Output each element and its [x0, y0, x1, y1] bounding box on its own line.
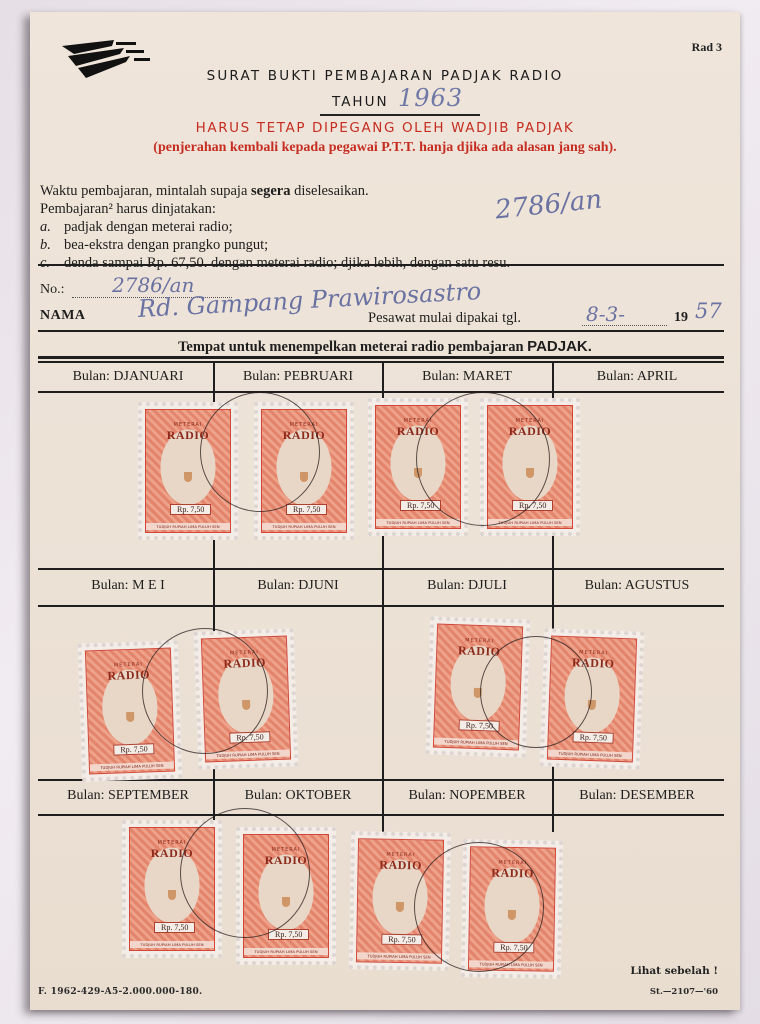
number-label: No.: [40, 282, 65, 298]
radio-tax-stamp: METERAIRADIORp. 7,50TUDJUH RUPIAH LIMA P… [349, 831, 451, 971]
grid-rule [38, 391, 724, 393]
document-title: SURAT BUKTI PEMBAJARAN PADJAK RADIO [30, 68, 740, 84]
garuda-emblem-icon [300, 472, 308, 482]
grid-rule [38, 361, 724, 363]
garuda-emblem-icon [508, 910, 516, 920]
payment-instructions: Waktu pembajaran, mintalah supaja segera… [40, 182, 510, 272]
radio-tax-stamp: METERAIRADIORp. 7,50TUDJUH RUPIAH LIMA P… [540, 628, 645, 769]
radio-tax-stamp: METERAIRADIORp. 7,50TUDJUH RUPIAH LIMA P… [122, 820, 222, 958]
grid-rule [38, 605, 724, 607]
radio-tax-stamp: METERAIRADIORp. 7,50TUDJUH RUPIAH LIMA P… [78, 640, 183, 781]
divider [38, 264, 724, 266]
year-field: TAHUN 1963 [320, 90, 480, 116]
garuda-emblem-icon [414, 468, 422, 478]
grid-rule [38, 356, 724, 359]
print-code: F. 1962-429-A5-2.000.000-180. [38, 987, 203, 997]
tax-receipt-document: Rad 3 SURAT BUKTI PEMBAJARAN PADJAK RADI… [30, 12, 740, 1010]
month-cell-juli: Bulan: DJULI [382, 578, 552, 594]
garuda-emblem-icon [242, 700, 250, 710]
garuda-emblem-icon [282, 897, 290, 907]
month-cell-mei: Bulan: M E I [43, 578, 213, 594]
device-date-label: Pesawat mulai dipakai tgl. [368, 310, 521, 327]
form-code: Rad 3 [692, 40, 722, 55]
year-label: TAHUN [332, 94, 389, 110]
instruction-line-1: Waktu pembajaran, mintalah supaja segera… [40, 182, 510, 200]
month-cell-oktober: Bulan: OKTOBER [213, 788, 383, 804]
radio-tax-stamp: METERAIRADIORp. 7,50TUDJUH RUPIAH LIMA P… [480, 398, 580, 536]
radio-tax-stamp: METERAIRADIORp. 7,50TUDJUH RUPIAH LIMA P… [194, 628, 299, 769]
see-back-note: Lihat sebelah ! [630, 965, 718, 977]
garuda-emblem-icon [184, 472, 192, 482]
month-cell-nopember: Bulan: NOPEMBER [382, 788, 552, 804]
month-cell-september: Bulan: SEPTEMBER [43, 788, 213, 804]
month-cell-januari: Bulan: DJANUARI [43, 369, 213, 385]
radio-tax-stamp: METERAIRADIORp. 7,50TUDJUH RUPIAH LIMA P… [254, 402, 354, 540]
divider [38, 330, 724, 332]
month-cell-desember: Bulan: DESEMBER [552, 788, 722, 804]
month-cell-juni: Bulan: DJUNI [213, 578, 383, 594]
instruction-line-2: Pembajaran² harus dinjatakan: [40, 200, 510, 218]
warning-subtext: (penjerahan kembali kepada pegawai P.T.T… [30, 140, 740, 156]
month-cell-februari: Bulan: PEBRUARI [213, 369, 383, 385]
month-cell-agustus: Bulan: AGUSTUS [552, 578, 722, 594]
garuda-emblem-icon [588, 700, 596, 710]
warning-heading: HARUS TETAP DIPEGANG OLEH WADJIB PADJAK [30, 120, 740, 136]
device-year-prefix: 19 [674, 310, 688, 326]
series-code: St.—2107—'60 [650, 987, 718, 997]
garuda-emblem-icon [168, 890, 176, 900]
garuda-emblem-icon [474, 688, 482, 698]
instruction-item-a: a.padjak dengan meterai radio; [40, 218, 510, 236]
radio-tax-stamp: METERAIRADIORp. 7,50TUDJUH RUPIAH LIMA P… [368, 398, 468, 536]
garuda-emblem-icon [396, 902, 404, 912]
garuda-emblem-icon [126, 712, 134, 722]
device-year-value: 57 [695, 299, 722, 323]
grid-rule [38, 814, 724, 816]
radio-tax-stamp: METERAIRADIORp. 7,50TUDJUH RUPIAH LIMA P… [236, 827, 336, 965]
device-date-value: 8-3- [586, 302, 625, 326]
radio-tax-stamp: METERAIRADIORp. 7,50TUDJUH RUPIAH LIMA P… [461, 839, 563, 979]
instruction-item-c: c.denda sampai Rp. 67,50. dengan meterai… [40, 254, 510, 272]
month-cell-april: Bulan: APRIL [552, 369, 722, 385]
month-cell-maret: Bulan: MARET [382, 369, 552, 385]
instruction-item-b: b.bea-ekstra dengan prangko pungut; [40, 236, 510, 254]
stamp-area-heading: Tempat untuk menempelkan meterai radio p… [30, 338, 740, 356]
name-label: NAMA [40, 308, 86, 324]
grid-rule [38, 568, 724, 570]
handwritten-reference: 2786/an [494, 184, 604, 225]
garuda-emblem-icon [526, 468, 534, 478]
year-value-handwritten: 1963 [398, 84, 463, 112]
radio-tax-stamp: METERAIRADIORp. 7,50TUDJUH RUPIAH LIMA P… [426, 616, 531, 757]
radio-tax-stamp: METERAIRADIORp. 7,50TUDJUH RUPIAH LIMA P… [138, 402, 238, 540]
